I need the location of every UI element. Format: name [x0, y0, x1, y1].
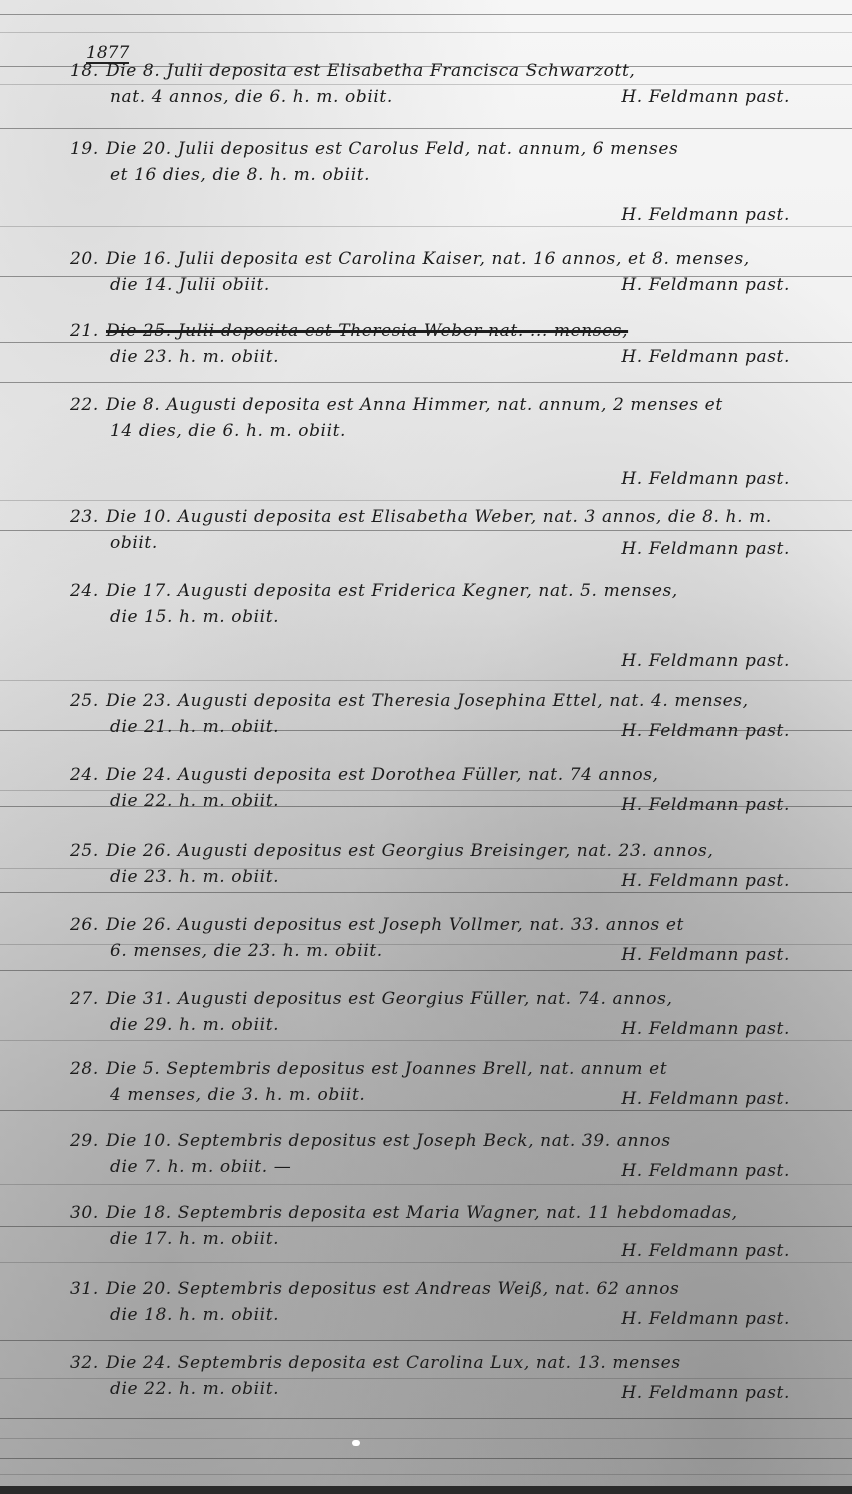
pastor-signature: H. Feldmann past.: [621, 718, 790, 744]
entry-number: 21.: [70, 318, 106, 344]
entry-number: 27.: [70, 986, 106, 1012]
entry-text: Die 24. Augusti deposita est Dorothea Fü…: [106, 765, 659, 785]
entry-text: Die 20. Septembris depositus est Andreas…: [106, 1279, 679, 1299]
entry-text: Die 18. Septembris deposita est Maria Wa…: [106, 1203, 738, 1223]
pastor-signature: H. Feldmann past.: [621, 868, 790, 894]
register-entry: 22.Die 8. Augusti deposita est Anna Himm…: [70, 392, 830, 444]
pastor-signature: H. Feldmann past.: [621, 1306, 790, 1332]
ruled-line: [0, 1418, 852, 1419]
ruled-line: [0, 680, 852, 681]
ruled-line: [0, 1458, 852, 1459]
ruled-line: [0, 128, 852, 129]
entry-number: 30.: [70, 1200, 106, 1226]
entry-text: Die 10. Augusti deposita est Elisabetha …: [106, 507, 772, 527]
register-entry: 19.Die 20. Julii depositus est Carolus F…: [70, 136, 830, 188]
entry-text: Die 16. Julii deposita est Carolina Kais…: [106, 249, 750, 269]
pastor-signature: H. Feldmann past.: [621, 272, 790, 298]
ruled-line: [0, 1474, 852, 1475]
entry-text: Die 20. Julii depositus est Carolus Feld…: [106, 139, 678, 159]
pastor-signature: H. Feldmann past.: [621, 1158, 790, 1184]
register-entry: 29.Die 10. Septembris depositus est Jose…: [70, 1128, 830, 1180]
register-entry-struck: 21.Die 25. Julii deposita est Theresia W…: [70, 318, 830, 370]
register-entry: 32.Die 24. Septembris deposita est Carol…: [70, 1350, 830, 1402]
entry-text: Die 23. Augusti deposita est Theresia Jo…: [106, 691, 749, 711]
register-entry: 18.Die 8. Julii deposita est Elisabetha …: [70, 58, 830, 110]
entry-number: 20.: [70, 246, 106, 272]
entry-text: Die 26. Augusti depositus est Georgius B…: [106, 841, 713, 861]
pastor-signature: H. Feldmann past.: [621, 344, 790, 370]
register-entry: 27.Die 31. Augusti depositus est Georgiu…: [70, 986, 830, 1038]
entry-text: Die 5. Septembris depositus est Joannes …: [106, 1059, 667, 1079]
pastor-signature: H. Feldmann past.: [621, 1016, 790, 1042]
entry-number: 31.: [70, 1276, 106, 1302]
entry-number: 18.: [70, 58, 106, 84]
register-entry: 30.Die 18. Septembris deposita est Maria…: [70, 1200, 830, 1252]
entry-text: Die 24. Septembris deposita est Carolina…: [106, 1353, 681, 1373]
ruled-line: [0, 14, 852, 15]
register-entry: 28.Die 5. Septembris depositus est Joann…: [70, 1056, 830, 1108]
pastor-signature: H. Feldmann past.: [621, 942, 790, 968]
entry-text: Die 8. Julii deposita est Elisabetha Fra…: [106, 61, 635, 81]
register-entry: 25.Die 23. Augusti deposita est Theresia…: [70, 688, 830, 740]
register-entry: 24.Die 24. Augusti deposita est Dorothea…: [70, 762, 830, 814]
entry-text: Die 10. Septembris depositus est Joseph …: [106, 1131, 671, 1151]
ruled-line: [0, 1184, 852, 1185]
entry-number: 19.: [70, 136, 106, 162]
entry-text-cont: 14 dies, die 6. h. m. obiit.: [70, 418, 830, 444]
register-entry: 31.Die 20. Septembris depositus est Andr…: [70, 1276, 830, 1328]
ruled-line: [0, 1438, 852, 1439]
register-entry: 25.Die 26. Augusti depositus est Georgiu…: [70, 838, 830, 890]
pastor-signature: H. Feldmann past.: [621, 1086, 790, 1112]
ruled-line: [0, 32, 852, 33]
register-entry: 20.Die 16. Julii deposita est Carolina K…: [70, 246, 830, 298]
register-entry: 23.Die 10. Augusti deposita est Elisabet…: [70, 504, 830, 556]
pastor-signature: H. Feldmann past.: [621, 536, 790, 562]
entry-text: Die 31. Augusti depositus est Georgius F…: [106, 989, 672, 1009]
pastor-signature: H. Feldmann past.: [621, 202, 790, 228]
entry-text: Die 8. Augusti deposita est Anna Himmer,…: [106, 395, 723, 415]
pastor-signature: H. Feldmann past.: [621, 1380, 790, 1406]
ruled-line: [0, 500, 852, 501]
entry-text: Die 26. Augusti depositus est Joseph Vol…: [106, 915, 684, 935]
entry-text: Die 25. Julii deposita est Theresia Webe…: [106, 321, 628, 341]
ruled-line: [0, 970, 852, 971]
ruled-line: [0, 382, 852, 383]
ruled-line: [0, 1340, 852, 1341]
entry-text-cont: et 16 dies, die 8. h. m. obiit.: [70, 162, 830, 188]
pastor-signature: H. Feldmann past.: [621, 792, 790, 818]
pastor-signature: H. Feldmann past.: [621, 466, 790, 492]
entry-number: 23.: [70, 504, 106, 530]
entry-number: 29.: [70, 1128, 106, 1154]
pastor-signature: H. Feldmann past.: [621, 648, 790, 674]
entry-number: 25.: [70, 688, 106, 714]
scan-edge: [0, 1486, 852, 1494]
entry-text: Die 17. Augusti deposita est Friderica K…: [106, 581, 678, 601]
entry-number: 24.: [70, 762, 106, 788]
entry-number: 28.: [70, 1056, 106, 1082]
entry-number: 24.: [70, 578, 106, 604]
entry-number: 25.: [70, 838, 106, 864]
paper-blemish: [352, 1440, 360, 1446]
entry-number: 22.: [70, 392, 106, 418]
pastor-signature: H. Feldmann past.: [621, 84, 790, 110]
entry-number: 26.: [70, 912, 106, 938]
scanned-register-page: 1877 18.Die 8. Julii deposita est Elisab…: [0, 0, 852, 1494]
entry-text-cont: die 15. h. m. obiit.: [70, 604, 830, 630]
pastor-signature: H. Feldmann past.: [621, 1238, 790, 1264]
register-entry: 26.Die 26. Augusti depositus est Joseph …: [70, 912, 830, 964]
register-entry: 24.Die 17. Augusti deposita est Frideric…: [70, 578, 830, 630]
entry-number: 32.: [70, 1350, 106, 1376]
